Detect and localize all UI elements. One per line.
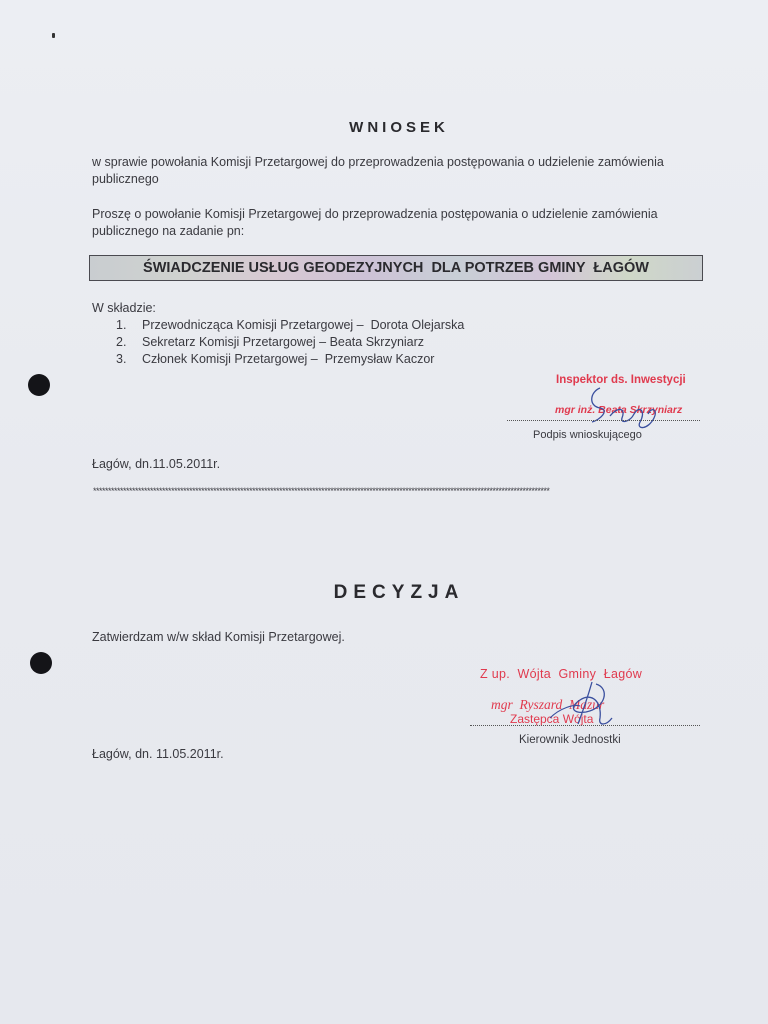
decyzja-date: Łagów, dn. 11.05.2011r.: [92, 746, 224, 763]
signature-label-head: Kierownik Jednostki: [519, 732, 621, 749]
stamp-inspector-title: Inspektor ds. Inwestycji: [556, 374, 686, 386]
stamp-inspector-name: mgr inż. Beata Skrzyniarz: [555, 404, 682, 416]
member-item: 3.Członek Komisji Przetargowej – Przemys…: [116, 351, 464, 368]
wniosek-date: Łagów, dn.11.05.2011r.: [92, 456, 220, 473]
signature-label-requester: Podpis wnioskującego: [533, 427, 642, 444]
stamp-wojt-role: Zastępca Wójta: [510, 712, 593, 726]
punch-hole-top: [28, 374, 50, 396]
punch-hole-bottom: [30, 652, 52, 674]
members-list: 1.Przewodnicząca Komisji Przetargowej – …: [116, 317, 464, 368]
signature-line: [470, 725, 700, 726]
scan-speck: [52, 33, 55, 38]
decyzja-title: DECYZJA: [0, 582, 768, 604]
member-text: Przewodnicząca Komisji Przetargowej – Do…: [142, 317, 464, 334]
wniosek-subject: w sprawie powołania Komisji Przetargowej…: [92, 154, 712, 188]
member-text: Członek Komisji Przetargowej – Przemysła…: [142, 351, 434, 368]
decyzja-approval: Zatwierdzam w/w skład Komisji Przetargow…: [92, 629, 345, 646]
wniosek-title: WNIOSEK: [0, 119, 768, 136]
member-item: 2.Sekretarz Komisji Przetargowej – Beata…: [116, 334, 464, 351]
document-page: WNIOSEK w sprawie powołania Komisji Prze…: [0, 0, 768, 1024]
members-label: W składzie:: [92, 300, 156, 317]
signature-line: [507, 420, 700, 421]
stamp-wojt-authority: Z up. Wójta Gminy Łagów: [480, 667, 642, 681]
stamp-wojt-name: mgr Ryszard Mazur: [491, 697, 604, 713]
task-name-box: ŚWIADCZENIE USŁUG GEODEZYJNYCH DLA POTRZ…: [89, 255, 703, 281]
member-text: Sekretarz Komisji Przetargowej – Beata S…: [142, 334, 424, 351]
separator-line: ****************************************…: [93, 487, 699, 495]
wniosek-request: Proszę o powołanie Komisji Przetargowej …: [92, 206, 712, 240]
member-item: 1.Przewodnicząca Komisji Przetargowej – …: [116, 317, 464, 334]
